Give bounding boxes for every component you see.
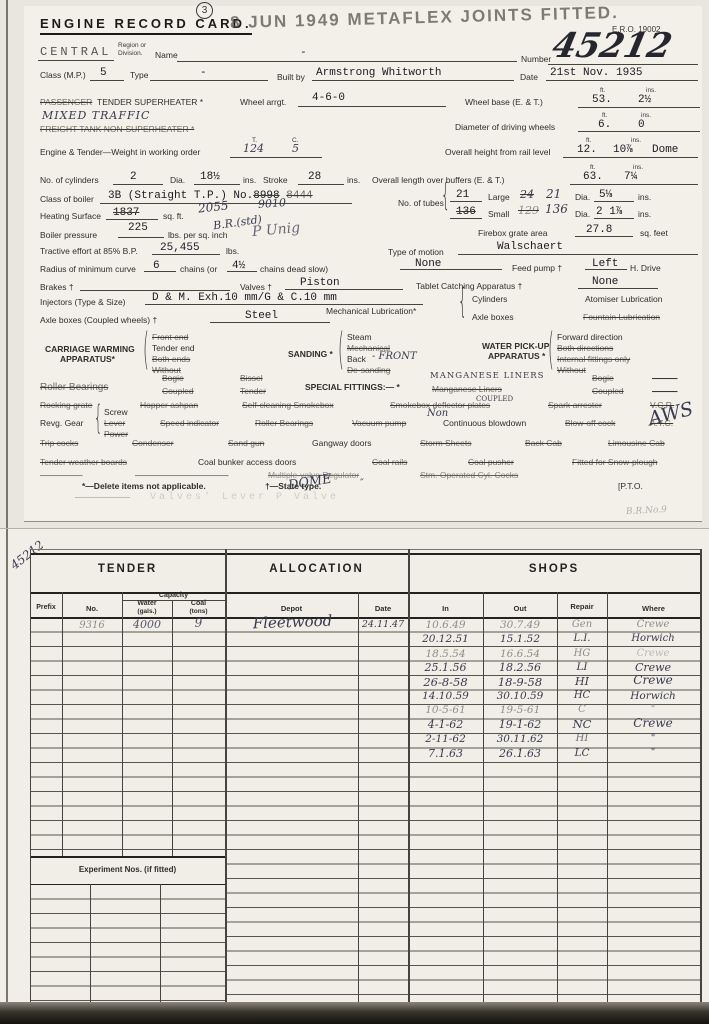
coal-rails-struck: Coal rails bbox=[372, 457, 407, 467]
cylinders-label: No. of cylinders bbox=[40, 175, 99, 185]
rule bbox=[210, 322, 330, 323]
boiler-class-value: 3B (Straight T.P.) No. bbox=[108, 190, 253, 202]
allocation-section-header: ALLOCATION bbox=[225, 563, 408, 575]
revg-brace: { bbox=[94, 401, 102, 439]
mixed-traffic-handwritten: MIXED TRAFFIC bbox=[42, 109, 150, 122]
rule bbox=[298, 184, 344, 185]
shops-where: Crewe bbox=[608, 648, 698, 659]
driving-wheel-ft: 6. bbox=[598, 119, 611, 131]
scan-edge-line bbox=[6, 0, 8, 1024]
region-label-2: Division. bbox=[118, 50, 143, 57]
shops-in: 10-5-61 bbox=[409, 704, 482, 716]
rule bbox=[563, 157, 698, 158]
rule bbox=[400, 269, 502, 270]
small-tubes-struck-hw: 129 bbox=[518, 204, 539, 217]
table-section-divider bbox=[408, 549, 410, 1006]
ins-label: ins. bbox=[638, 192, 651, 202]
shops-out: 19-5-61 bbox=[484, 704, 556, 716]
shops-out: 30.7.49 bbox=[484, 619, 556, 631]
rule bbox=[548, 64, 698, 65]
ghost-offset-text: Valves' Lever P Valve bbox=[150, 492, 339, 503]
shops-where: Crewe bbox=[608, 716, 698, 730]
overall-length-label: Overall length over buffers (E. & T.) bbox=[372, 175, 504, 185]
rb-coupled-struck: Coupled bbox=[162, 386, 194, 396]
min-curve-label: Radius of minimum curve bbox=[40, 264, 136, 274]
name-value: - bbox=[300, 47, 307, 59]
wpu-brace: ( bbox=[548, 323, 554, 375]
tractive-effort-label: Tractive effort at 85% B.P. bbox=[40, 246, 138, 256]
shops-out: 15.1.52 bbox=[484, 633, 556, 645]
sand-gun-struck: Sand gun bbox=[228, 438, 264, 448]
water-pickup-label-1: WATER PICK-UP bbox=[482, 341, 549, 351]
driving-wheel-dia-label: Diameter of driving wheels bbox=[455, 122, 555, 132]
sanding-brace: ( bbox=[338, 323, 344, 375]
rule bbox=[450, 201, 482, 202]
ditto-mark: ″ bbox=[360, 478, 364, 489]
manganese-liners-struck: Manganese Liners bbox=[432, 384, 502, 394]
revg-power-struck: Power bbox=[104, 429, 128, 439]
table-divider bbox=[62, 592, 63, 856]
overall-height-ft: 12. bbox=[577, 144, 597, 156]
shops-in: 26-8-58 bbox=[409, 675, 482, 689]
rule bbox=[298, 106, 446, 107]
cwa-tender-end: Tender end bbox=[152, 343, 195, 353]
ins-unit: ins. bbox=[633, 164, 643, 171]
speed-indicator-struck: Speed indicator bbox=[160, 418, 219, 428]
rule bbox=[113, 184, 163, 185]
boiler-number-struck-2: 8444 bbox=[286, 190, 312, 202]
shops-repair: NC bbox=[558, 717, 606, 731]
tender-superheater-option: TENDER SUPERHEATER * bbox=[97, 97, 203, 107]
shops-in: 4-1-62 bbox=[409, 718, 482, 731]
ins-unit: ins. bbox=[646, 87, 656, 94]
manganese-liners-handwritten: MANGANESE LINERS bbox=[430, 371, 544, 381]
injectors-value: D & M. Exh.10 mm/G & C.10 mm bbox=[152, 292, 337, 304]
shops-where: " bbox=[608, 747, 698, 758]
faint-mark bbox=[75, 497, 130, 498]
table-border-left bbox=[30, 549, 31, 1006]
h-drive-label: H. Drive bbox=[630, 263, 661, 273]
special-fittings-label: SPECIAL FITTINGS:— * bbox=[305, 382, 400, 392]
wheelbase-ins: 2½ bbox=[638, 94, 651, 106]
tender-weather-boards-struck: Tender weather boards bbox=[40, 457, 127, 467]
in-header: In bbox=[408, 604, 483, 613]
fountain-lubrication-struck: Fountain Lubrication bbox=[583, 312, 660, 322]
shops-where: " bbox=[608, 733, 698, 744]
water-unit-header: (gals.) bbox=[122, 608, 172, 615]
shops-repair: Gen bbox=[558, 619, 606, 630]
card-title: ENGINE RECORD CARD. bbox=[40, 16, 252, 35]
date-label: Date bbox=[520, 72, 538, 82]
wheelbase-label: Wheel base (E. & T.) bbox=[465, 97, 543, 107]
rule bbox=[450, 218, 482, 219]
allocation-date-value: 24.11.47 bbox=[358, 619, 408, 630]
valves-label: Valves † bbox=[240, 282, 272, 292]
large-tubes-struck-hw: 24 bbox=[520, 188, 534, 201]
dia-label: Dia. bbox=[575, 209, 590, 219]
feed-pump-label: Feed pump † bbox=[512, 263, 562, 273]
heating-surface-struck: 1837 bbox=[113, 207, 139, 219]
shops-where: Crewe bbox=[608, 673, 698, 687]
sanding-back: Back bbox=[347, 354, 366, 364]
region-value: CENTRAL bbox=[40, 45, 111, 59]
rb-bogie-struck: Bogie bbox=[162, 373, 184, 383]
axleboxes-value: Steel bbox=[245, 310, 278, 322]
sanding-label: SANDING * bbox=[288, 349, 333, 359]
table-line bbox=[30, 856, 225, 858]
rule bbox=[285, 289, 403, 290]
gangway-doors: Gangway doors bbox=[312, 438, 372, 448]
rule bbox=[230, 157, 322, 158]
table-rows-left bbox=[30, 618, 225, 856]
out-header: Out bbox=[483, 604, 557, 613]
cylinders-lub-label: Cylinders bbox=[472, 294, 507, 304]
ins-label: ins. bbox=[347, 175, 360, 185]
mech-lubrication-label: Mechanical Lubrication* bbox=[326, 306, 416, 316]
rule bbox=[152, 254, 220, 255]
experiment-divider bbox=[90, 884, 91, 1006]
coal-unit-header: (tons) bbox=[172, 608, 225, 615]
axleboxes-coupled-label: Axle boxes (Coupled wheels) † bbox=[40, 315, 157, 325]
stroke-label: Stroke bbox=[263, 175, 288, 185]
rule bbox=[150, 80, 268, 81]
rule bbox=[145, 304, 423, 305]
weight-label: Engine & Tender—Weight in working order bbox=[40, 147, 200, 157]
small-label: Small bbox=[488, 209, 509, 219]
card-edge-line bbox=[0, 528, 709, 529]
overall-height-label: Overall height from rail level bbox=[445, 147, 550, 157]
shops-repair: C bbox=[558, 704, 606, 715]
experiment-divider bbox=[160, 884, 161, 1006]
tractive-effort-value: 25,455 bbox=[160, 242, 200, 254]
sf-dash-struck: ——— bbox=[652, 373, 678, 383]
cylinder-dia-value: 18½ bbox=[200, 171, 220, 183]
dia-label: Dia. bbox=[170, 175, 185, 185]
wpu-forward-direction: Forward direction bbox=[557, 332, 623, 342]
sf-dash-struck: ——— bbox=[652, 386, 678, 396]
repair-header: Repair bbox=[557, 602, 607, 611]
shops-out: 18.2.56 bbox=[484, 661, 556, 674]
table-rows-experiment bbox=[30, 885, 225, 1006]
reversing-gear-label: Revg. Gear bbox=[40, 418, 83, 428]
rule bbox=[38, 60, 114, 61]
date-built-value: 21st Nov. 1935 bbox=[550, 67, 642, 79]
shops-repair: HC bbox=[558, 690, 606, 701]
stm-operated-cocks-struck: Stm. Operated Cyl. Cocks bbox=[420, 470, 518, 480]
coal-header: Coal bbox=[172, 600, 225, 607]
rocking-grate-struck: Rocking grate bbox=[40, 400, 92, 410]
water-header: Water bbox=[122, 600, 172, 607]
where-header: Where bbox=[607, 604, 700, 613]
brakes-label: Brakes † bbox=[40, 282, 74, 292]
rule bbox=[578, 288, 658, 289]
wpu-without-struck: Without bbox=[557, 365, 586, 375]
firebox-area-label: Firebox grate area bbox=[478, 228, 547, 238]
boiler-class-label: Class of boiler bbox=[40, 194, 94, 204]
boiler-pressure-value: 225 bbox=[128, 222, 148, 234]
rule bbox=[118, 237, 164, 238]
rule bbox=[578, 131, 700, 132]
back-cab-struck: Back Cab bbox=[525, 438, 562, 448]
rule bbox=[144, 271, 176, 272]
rule bbox=[90, 80, 124, 81]
ft-unit: ft. bbox=[590, 164, 595, 171]
sanding-steam: Steam bbox=[347, 332, 372, 342]
continuous-blowdown: Continuous blowdown bbox=[443, 418, 526, 428]
pto-label: [P.T.O. bbox=[618, 481, 643, 491]
prefix-header: Prefix bbox=[30, 604, 62, 611]
condenser-struck: Condenser bbox=[132, 438, 174, 448]
snow-plough-struck: Fitted for Snow-plough bbox=[572, 457, 658, 467]
rule bbox=[227, 271, 257, 272]
capacity-header: Capacity bbox=[122, 592, 225, 599]
large-label: Large bbox=[488, 192, 510, 202]
date-header: Date bbox=[358, 604, 408, 613]
name-label: Name bbox=[155, 50, 178, 60]
ins-label: ins. bbox=[243, 175, 256, 185]
cylinders-value: 2 bbox=[130, 171, 137, 183]
carriage-warming-label-2: APPARATUS* bbox=[60, 354, 115, 364]
large-tube-dia: 5⅛ bbox=[599, 189, 612, 201]
cwa-front-end-struck: Front end bbox=[152, 332, 188, 342]
carriage-warming-label-1: CARRIAGE WARMING bbox=[45, 344, 135, 354]
motion-value: Walschaert bbox=[497, 241, 563, 253]
tablet-apparatus-label: Tablet Catching Apparatus † bbox=[416, 281, 522, 291]
shops-section-header: SHOPS bbox=[408, 563, 700, 575]
rb-tender-struck: Tender bbox=[240, 386, 266, 396]
shops-where: Horwich bbox=[608, 633, 698, 644]
hopper-ashpan-struck: Hopper ashpan bbox=[140, 400, 198, 410]
ft-unit: ft. bbox=[600, 87, 605, 94]
blow-off-cock-struck: Blow-off cock bbox=[565, 418, 615, 428]
rule bbox=[80, 290, 230, 291]
weight-cwt-value: 5 bbox=[292, 142, 299, 155]
lubrication-brace: { bbox=[458, 284, 467, 322]
table-line bbox=[30, 549, 700, 550]
tablet-apparatus-value: None bbox=[592, 276, 618, 288]
overall-height-ins: 10⅞ bbox=[613, 144, 633, 156]
storm-sheets-struck: Storm Sheets bbox=[420, 438, 472, 448]
experiment-nos-label: Experiment Nos. (if fitted) bbox=[30, 865, 225, 874]
class-label: Class (M.P.) bbox=[40, 70, 86, 80]
shops-repair: LC bbox=[558, 747, 606, 759]
ft-unit: ft. bbox=[602, 112, 607, 119]
type-label: Type bbox=[130, 70, 148, 80]
rb-bissel-struck: Bissel bbox=[240, 373, 263, 383]
wheel-arrangement-value: 4-6-0 bbox=[312, 92, 345, 104]
footnote-delete: *—Delete items not applicable. bbox=[82, 481, 206, 491]
revg-lever-struck: Lever bbox=[104, 418, 125, 428]
shops-out: 18-9-58 bbox=[484, 675, 556, 689]
number-label: Number bbox=[521, 54, 551, 64]
tender-coal-value: 9 bbox=[172, 616, 225, 630]
rule bbox=[570, 184, 698, 185]
valves-value: Piston bbox=[300, 277, 340, 289]
rule bbox=[458, 254, 698, 255]
overall-length-ft: 63. bbox=[583, 171, 603, 183]
class-value: 5 bbox=[100, 67, 107, 79]
ins-unit: ins. bbox=[631, 137, 641, 144]
tender-water-value: 4000 bbox=[122, 618, 172, 631]
ins-label: ins. bbox=[638, 209, 651, 219]
tender-section-header: TENDER bbox=[30, 563, 225, 575]
table-border-right bbox=[700, 549, 702, 1006]
cwa-both-ends-struck: Both ends bbox=[152, 354, 190, 364]
no-header: No. bbox=[62, 604, 122, 613]
sf-bogie-struck: Bogie bbox=[592, 373, 614, 383]
chains-dead-slow-label: chains dead slow) bbox=[260, 264, 328, 274]
shops-out: 30.10.59 bbox=[484, 690, 556, 702]
tubes-label: No. of tubes bbox=[398, 198, 444, 208]
large-tubes-typed: 21 bbox=[456, 189, 469, 201]
wheelbase-ft: 53. bbox=[592, 94, 612, 106]
sqft-label: sq. ft. bbox=[163, 211, 184, 221]
roller-bearings2-struck: Roller Bearings bbox=[255, 418, 313, 428]
shops-out: 19-1-62 bbox=[484, 718, 556, 731]
shops-out: 16.6.54 bbox=[484, 648, 556, 660]
shops-in: 10.6.49 bbox=[409, 619, 482, 631]
shops-where: " bbox=[608, 704, 698, 715]
injectors-label: Injectors (Type & Size) bbox=[40, 297, 126, 307]
struck-dash-line: ——————————— bbox=[135, 470, 229, 480]
revg-screw: Screw bbox=[104, 407, 128, 417]
built-by-value: Armstrong Whitworth bbox=[316, 67, 441, 79]
cwa-brace: ( bbox=[143, 323, 149, 375]
built-by-label: Built by bbox=[277, 72, 305, 82]
heating-surface-label: Heating Surface bbox=[40, 211, 101, 221]
shops-repair: HG bbox=[558, 648, 606, 659]
table-line bbox=[30, 553, 700, 555]
coal-pusher-struck: Coal pusher bbox=[468, 457, 514, 467]
rule bbox=[106, 219, 158, 220]
table-divider bbox=[172, 600, 173, 856]
large-tubes-handwritten: 21 bbox=[546, 187, 561, 201]
shops-out: 30.11.62 bbox=[484, 733, 556, 745]
scanned-engine-record-card: ENGINE RECORD CARD. 3 8 JUN 1949 METAFLE… bbox=[0, 0, 709, 1024]
freight-option-struck: FREIGHT TANK NON-SUPERHEATER * bbox=[40, 124, 194, 134]
circled-number-note: 3 bbox=[196, 2, 213, 19]
rule bbox=[177, 61, 517, 62]
tender-no-value: 9316 bbox=[62, 620, 122, 631]
type-value: - bbox=[200, 67, 207, 79]
trip-cocks-struck: Trip cocks bbox=[40, 438, 78, 448]
small-tube-dia: 2 1⅞ bbox=[596, 206, 622, 218]
tractive-effort-unit: lbs. bbox=[226, 246, 239, 256]
ins-unit: ins. bbox=[641, 112, 651, 119]
axleboxes-lub-label: Axle boxes bbox=[472, 312, 514, 322]
rule bbox=[312, 80, 514, 81]
boiler-pressure-label: Boiler pressure bbox=[40, 230, 97, 240]
vacuum-pump-struck: Vacuum pump bbox=[352, 418, 406, 428]
region-label-1: Region or bbox=[118, 42, 146, 49]
rule bbox=[578, 107, 700, 108]
limousine-cab-struck: Limousine Cab bbox=[608, 438, 665, 448]
rule bbox=[594, 218, 634, 219]
boiler-pressure-unit: lbs. per sq. inch bbox=[168, 230, 228, 240]
engine-number-handwritten: 45212 bbox=[549, 26, 676, 66]
shops-repair: L.I. bbox=[558, 633, 606, 644]
boiler-number-handwritten: 9010 bbox=[258, 196, 287, 211]
scan-shadow-band bbox=[0, 1002, 709, 1024]
sanding-front-handwritten: - FRONT bbox=[372, 351, 417, 362]
shops-repair: HI bbox=[558, 733, 606, 744]
table-divider bbox=[358, 592, 359, 1006]
rule bbox=[546, 80, 698, 81]
shops-where: Crewe bbox=[608, 619, 698, 630]
ft-unit: ft. bbox=[586, 137, 591, 144]
sanding-desanding-struck: De-sanding bbox=[347, 365, 390, 375]
shops-repair: HI bbox=[558, 675, 606, 688]
motion-label: Type of motion bbox=[388, 247, 444, 257]
overall-length-ins: 7¼ bbox=[624, 171, 637, 183]
shops-in: 14.10.59 bbox=[409, 690, 482, 702]
shops-where: Horwich bbox=[608, 690, 698, 702]
sf-coupled-struck: Coupled bbox=[592, 386, 624, 396]
small-tubes-handwritten: 136 bbox=[545, 202, 568, 216]
br-number-handwritten: B.R.No.9 bbox=[626, 505, 667, 517]
shops-repair: LI bbox=[558, 661, 606, 673]
tubes-brace: { bbox=[441, 178, 450, 213]
rule bbox=[585, 269, 627, 270]
shops-in: 7.1.63 bbox=[409, 747, 482, 760]
atc-struck: A.T.C. bbox=[650, 418, 673, 428]
roller-bearings-struck: Roller Bearings bbox=[40, 382, 108, 393]
wpu-internal-fittings-struck: Internal fittings only bbox=[557, 354, 630, 364]
card-edge-line bbox=[24, 521, 702, 522]
wheel-arrangement-label: Wheel arrgt. bbox=[240, 97, 286, 107]
weight-tons-value: 124 bbox=[243, 142, 264, 155]
shops-in: 2-11-62 bbox=[409, 733, 482, 745]
table-divider bbox=[122, 592, 123, 856]
shops-in: 18.5.54 bbox=[409, 648, 482, 660]
small-tubes-struck: 136 bbox=[456, 206, 476, 218]
dia-label: Dia. bbox=[575, 192, 590, 202]
spark-arrester-struck: Spark arrester bbox=[548, 400, 602, 410]
shops-out: 26.1.63 bbox=[484, 747, 556, 760]
struck-dash-line: ————— bbox=[40, 470, 83, 480]
atomiser-lubrication-label: Atomiser Lubrication bbox=[585, 294, 662, 304]
passenger-option-struck: PASSENGER bbox=[40, 97, 92, 107]
overall-height-note: Dome bbox=[652, 144, 678, 156]
rule bbox=[194, 184, 240, 185]
firebox-area-unit: sq. feet bbox=[640, 228, 668, 238]
shops-in: 20.12.51 bbox=[409, 633, 482, 645]
wpu-both-directions-struck: Both directions bbox=[557, 343, 613, 353]
rule bbox=[594, 201, 634, 202]
stroke-value: 28 bbox=[308, 171, 321, 183]
chains-label: chains (or bbox=[180, 264, 217, 274]
coal-bunker-doors: Coal bunker access doors bbox=[198, 457, 296, 467]
shops-in: 25.1.56 bbox=[409, 661, 482, 674]
self-cleaning-smokebox-struck: Self-cleaning Smokebox bbox=[242, 400, 334, 410]
firebox-area-value: 27.8 bbox=[586, 224, 612, 236]
driving-wheel-ins: 0 bbox=[638, 119, 645, 131]
rule bbox=[575, 236, 633, 237]
water-pickup-label-2: APPARATUS * bbox=[488, 351, 545, 361]
